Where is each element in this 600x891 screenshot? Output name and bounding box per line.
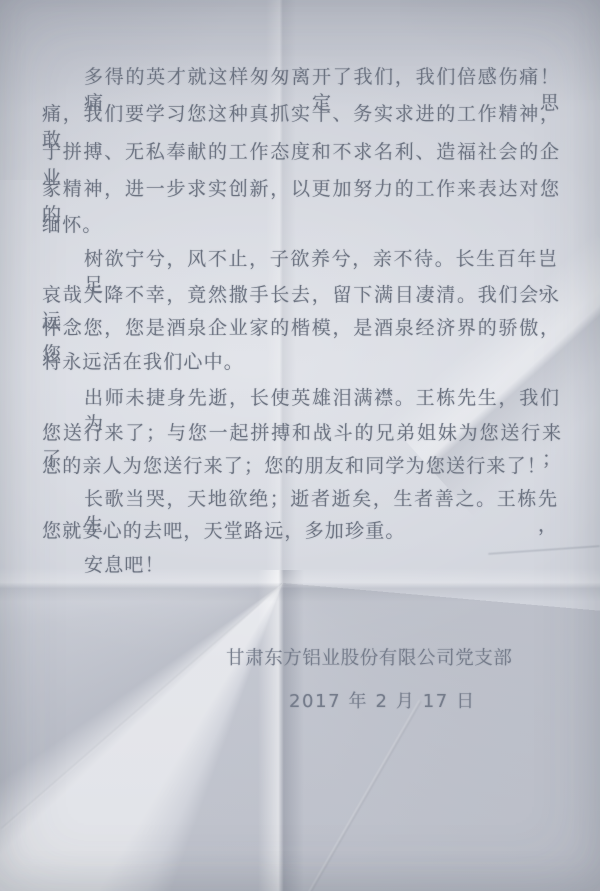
photo-vignette bbox=[0, 0, 600, 891]
letter-photograph: 多得的英才就这样匆匆离开了我们，我们倍感伤痛！痛定思 痛，我们要学习您这种真抓实… bbox=[0, 0, 600, 891]
